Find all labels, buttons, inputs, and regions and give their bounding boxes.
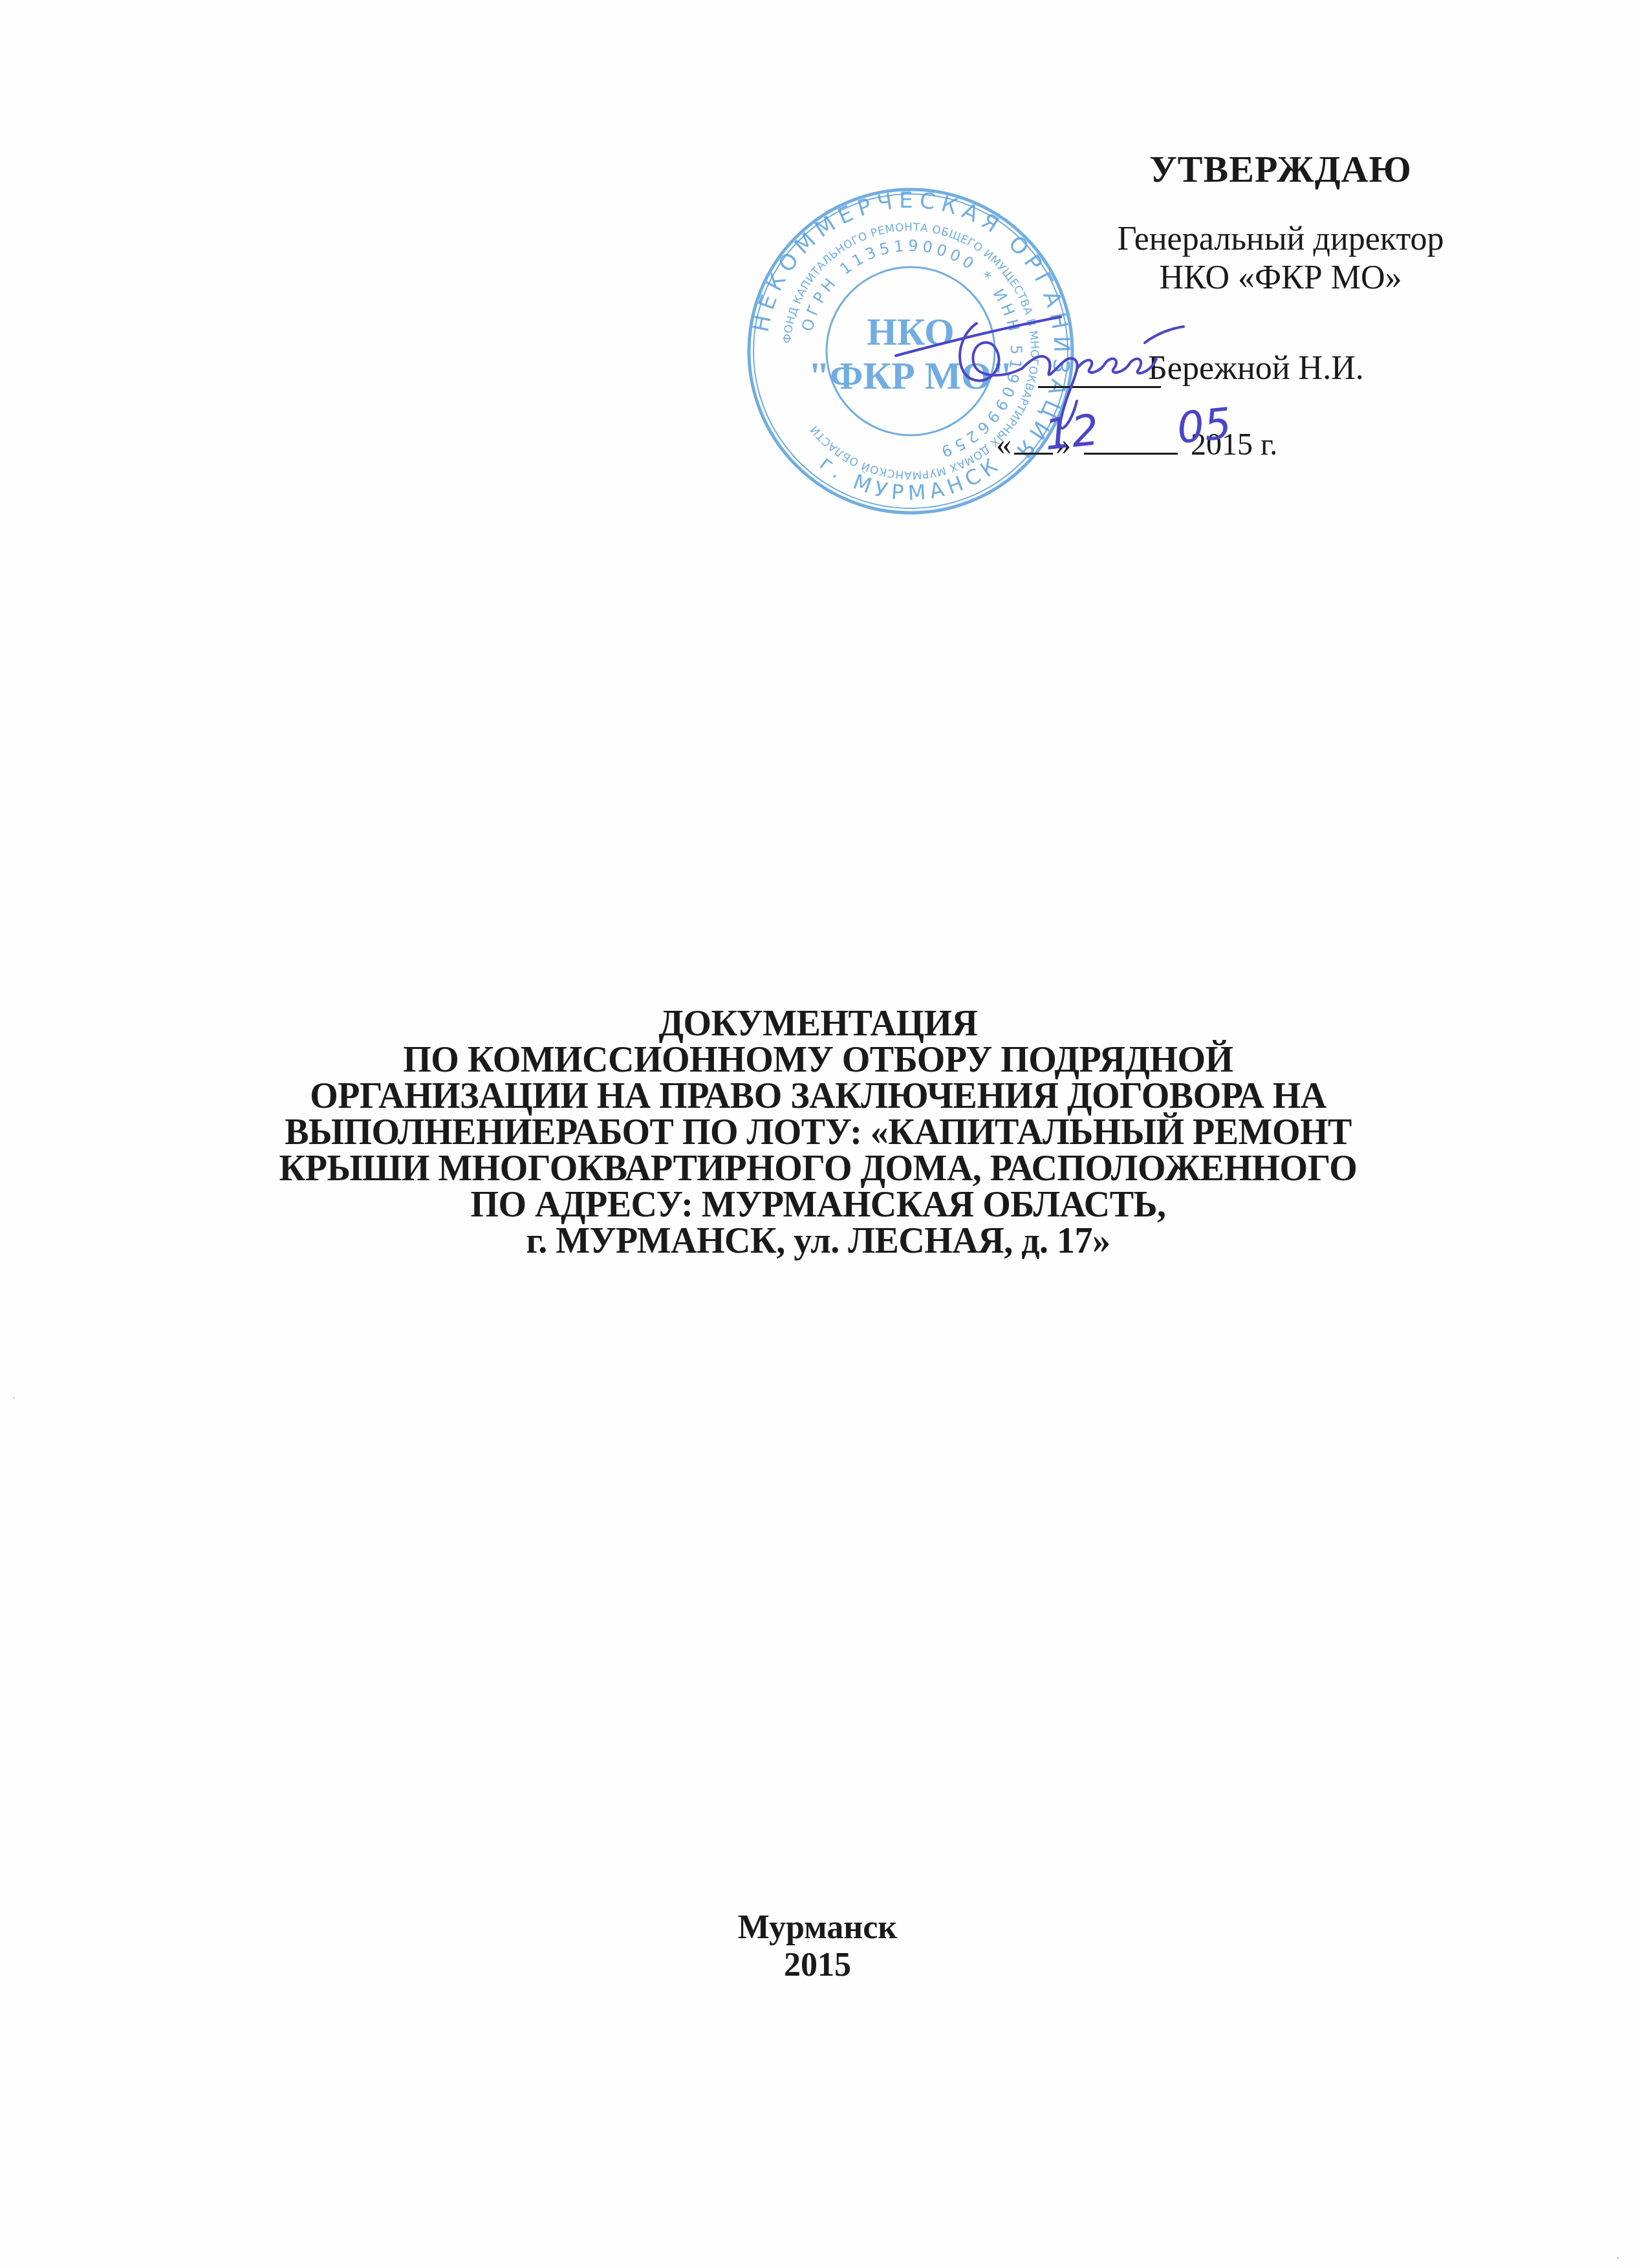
title-line: ПО КОМИССИОННОМУ ОТБОРУ ПОДРЯДНОЙ xyxy=(194,1042,1442,1078)
footer-year: 2015 xyxy=(0,1947,1635,1984)
title-line: ДОКУМЕНТАЦИЯ xyxy=(194,1006,1442,1042)
title-line: ОРГАНИЗАЦИИ НА ПРАВО ЗАКЛЮЧЕНИЯ ДОГОВОРА… xyxy=(194,1078,1442,1114)
title-line: КРЫШИ МНОГОКВАРТИРНОГО ДОМА, РАСПОЛОЖЕНН… xyxy=(194,1150,1442,1187)
footer-city: Мурманск xyxy=(0,1909,1635,1947)
title-line: ВЫПОЛНЕНИЕРАБОТ ПО ЛОТУ: «КАПИТАЛЬНЫЙ РЕ… xyxy=(194,1114,1442,1150)
scan-speck xyxy=(13,1397,15,1399)
title-line: ПО АДРЕСУ: МУРМАНСКАЯ ОБЛАСТЬ, xyxy=(194,1187,1442,1223)
document-title: ДОКУМЕНТАЦИЯ ПО КОМИССИОННОМУ ОТБОРУ ПОД… xyxy=(194,1006,1442,1259)
approver-organization: НКО «ФКР МО» xyxy=(1048,259,1513,297)
place-and-year: Мурманск 2015 xyxy=(0,1909,1635,1984)
handwritten-signature xyxy=(893,297,1255,453)
approval-heading: УТВЕРЖДАЮ xyxy=(1048,147,1513,191)
document-page: НЕКОММЕРЧЕСКАЯ ОРГАНИЗАЦИЯ ФОНД КАПИТАЛЬ… xyxy=(0,0,1635,2268)
approver-title: Генеральный директор xyxy=(1048,220,1513,259)
approver-position: Генеральный директор НКО «ФКР МО» xyxy=(1048,220,1513,297)
title-line: г. МУРМАНСК, ул. ЛЕСНАЯ, д. 17» xyxy=(194,1223,1442,1259)
scan-speck xyxy=(1617,2257,1619,2259)
